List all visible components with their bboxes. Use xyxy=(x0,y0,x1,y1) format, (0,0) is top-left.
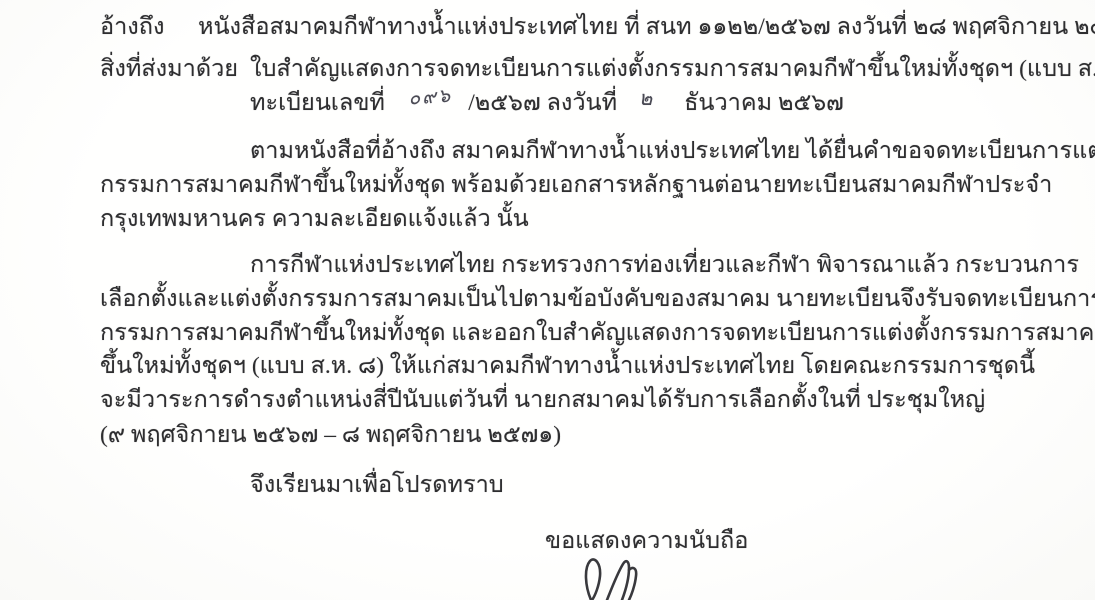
enclosure-line: สิ่งที่ส่งมาด้วย ใบสำคัญแสดงการจดทะเบียน… xyxy=(100,52,1095,86)
paragraph-1-line-2: กรรมการสมาคมกีฬาขึ้นใหม่ทั้งชุด พร้อมด้ว… xyxy=(100,168,1052,202)
registration-line: ทะเบียนเลขที่ ๐๙๖ /๒๕๖๗ ลงวันที่ ๒ ธันวา… xyxy=(250,86,844,122)
salutation-line: ขอแสดงความนับถือ xyxy=(545,524,748,558)
paragraph-1-line-1: ตามหนังสือที่อ้างถึง สมาคมกีฬาทางน้ำแห่ง… xyxy=(250,134,1095,168)
signature xyxy=(577,556,697,600)
paragraph-2-line-1: การกีฬาแห่งประเทศไทย กระทรวงการท่องเที่ย… xyxy=(250,248,1079,282)
reference-label: อ้างถึง xyxy=(100,10,198,44)
paragraph-2-line-3: กรรมการสมาคมกีฬาขึ้นใหม่ทั้งชุด และออกใบ… xyxy=(100,316,1095,350)
reference-line: อ้างถึง หนังสือสมาคมกีฬาทางน้ำแห่งประเทศ… xyxy=(100,10,1095,44)
reference-text: หนังสือสมาคมกีฬาทางน้ำแห่งประเทศไทย ที่ … xyxy=(198,10,1095,44)
paragraph-2-line-5: จะมีวาระการดำรงตำแหน่งสี่ปีนับแต่วันที่ … xyxy=(100,383,985,417)
paragraph-2-line-6: (๙ พฤศจิกายน ๒๕๖๗ – ๘ พฤศจิกายน ๒๕๗๑) xyxy=(100,418,561,452)
enclosure-text: ใบสำคัญแสดงการจดทะเบียนการแต่งตั้งกรรมกา… xyxy=(250,52,1095,86)
paragraph-2-line-2: เลือกตั้งและแต่งตั้งกรรมการสมาคมเป็นไปตา… xyxy=(100,282,1095,316)
handwritten-day: ๒ xyxy=(639,82,652,116)
handwritten-registration-number: ๐๙๖ xyxy=(407,80,453,117)
paragraph-2-line-4: ขึ้นใหม่ทั้งชุดฯ (แบบ ส.ห. ๘) ให้แก่สมาค… xyxy=(100,349,1035,383)
registration-mid: /๒๕๖๗ ลงวันที่ xyxy=(468,90,617,116)
scanned-letter-page: อ้างถึง หนังสือสมาคมกีฬาทางน้ำแห่งประเทศ… xyxy=(0,0,1095,600)
paragraph-1-line-3: กรุงเทพมหานคร ความละเอียดแจ้งแล้ว นั้น xyxy=(100,202,529,236)
enclosure-label: สิ่งที่ส่งมาด้วย xyxy=(100,52,250,86)
registration-prefix: ทะเบียนเลขที่ xyxy=(250,90,385,116)
registration-suffix: ธันวาคม ๒๕๖๗ xyxy=(684,90,844,116)
closing-line: จึงเรียนมาเพื่อโปรดทราบ xyxy=(250,468,504,502)
